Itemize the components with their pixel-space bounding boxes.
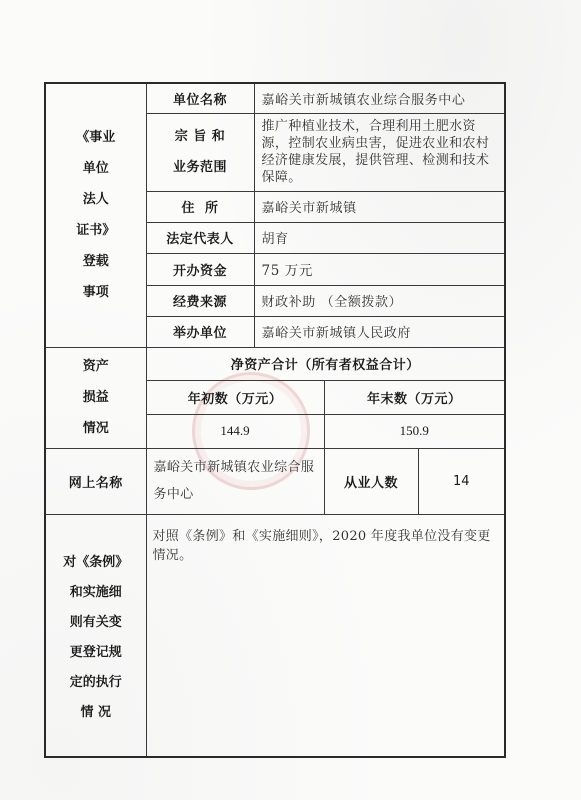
net-assets-header: 净资产合计（所有者权益合计） (146, 347, 505, 380)
field-value-legal-rep: 胡育 (254, 222, 505, 253)
registration-report-table: 《事业 单位 法人 证书》 登载 事项 单位名称 嘉峪关市新城镇农业综合服务中心… (44, 82, 506, 758)
side-label-line: 则有关变 (46, 608, 146, 638)
field-value-address: 嘉峪关市新城镇 (254, 191, 505, 222)
side-label-line: 登载 (46, 246, 146, 277)
field-label-mission-scope: 宗 旨 和 业务范围 (146, 113, 254, 191)
side-label-line: 情 况 (46, 698, 146, 728)
field-label-legal-rep: 法定代表人 (146, 222, 254, 253)
side-label-line: 事项 (46, 277, 146, 308)
section-label-compliance: 对《条例》 和实施细 则有关变 更登记规 定的执行 情 况 (45, 514, 146, 757)
row-net-assets-header: 资产 损益 情况 净资产合计（所有者权益合计） (45, 347, 505, 380)
side-label-line: 损益 (46, 382, 146, 413)
field-value-staff-count: 14 (418, 448, 505, 514)
column-header-begin-of-year: 年初数（万元） (146, 380, 324, 414)
section-label-assets: 资产 损益 情况 (45, 347, 146, 448)
row-unit-name: 《事业 单位 法人 证书》 登载 事项 单位名称 嘉峪关市新城镇农业综合服务中心 (45, 83, 505, 113)
side-label-line: 定的执行 (46, 668, 146, 698)
field-value-unit-name: 嘉峪关市新城镇农业综合服务中心 (254, 83, 505, 113)
column-header-end-of-year: 年末数（万元） (324, 380, 505, 414)
label-line: 业务范围 (147, 152, 254, 183)
field-value-online-name: 嘉峪关市新城镇农业综合服务中心 (146, 448, 324, 514)
side-label-line: 情况 (46, 413, 146, 444)
field-value-funding-source: 财政补助 （全额拨款） (254, 285, 505, 316)
side-label-line: 资产 (46, 351, 146, 382)
row-compliance: 对《条例》 和实施细 则有关变 更登记规 定的执行 情 况 对照《条例》和《实施… (45, 514, 505, 757)
field-label-address: 住 所 (146, 191, 254, 222)
field-label-funding-source: 经费来源 (146, 285, 254, 316)
field-label-unit-name: 单位名称 (146, 83, 254, 113)
field-value-capital: 75 万元 (254, 253, 505, 285)
value-begin-of-year: 144.9 (146, 414, 324, 448)
side-label-line: 更登记规 (46, 638, 146, 668)
side-label-line: 法人 (46, 184, 146, 215)
side-label-line: 证书》 (46, 215, 146, 246)
label-line: 宗 旨 和 (147, 121, 254, 152)
section-label-certificate-items: 《事业 单位 法人 证书》 登载 事项 (45, 83, 146, 347)
field-value-mission-scope: 推广种植业技术，合理利用土肥水资源，控制农业病虫害，促进农业和农村经济健康发展，… (254, 113, 505, 191)
field-value-sponsor: 嘉峪关市新城镇人民政府 (254, 316, 505, 347)
value-end-of-year: 150.9 (324, 414, 505, 448)
field-label-staff-count: 从业人数 (324, 448, 418, 514)
field-label-sponsor: 举办单位 (146, 316, 254, 347)
field-value-compliance: 对照《条例》和《实施细则》，2020 年度我单位没有变更情况。 (146, 514, 505, 757)
side-label-line: 对《条例》 (46, 548, 146, 578)
side-label-line: 单位 (46, 153, 146, 184)
field-label-capital: 开办资金 (146, 253, 254, 285)
side-label-line: 和实施细 (46, 578, 146, 608)
row-online-name: 网上名称 嘉峪关市新城镇农业综合服务中心 从业人数 14 (45, 448, 505, 514)
field-label-online-name: 网上名称 (45, 448, 146, 514)
side-label-line: 《事业 (46, 122, 146, 153)
